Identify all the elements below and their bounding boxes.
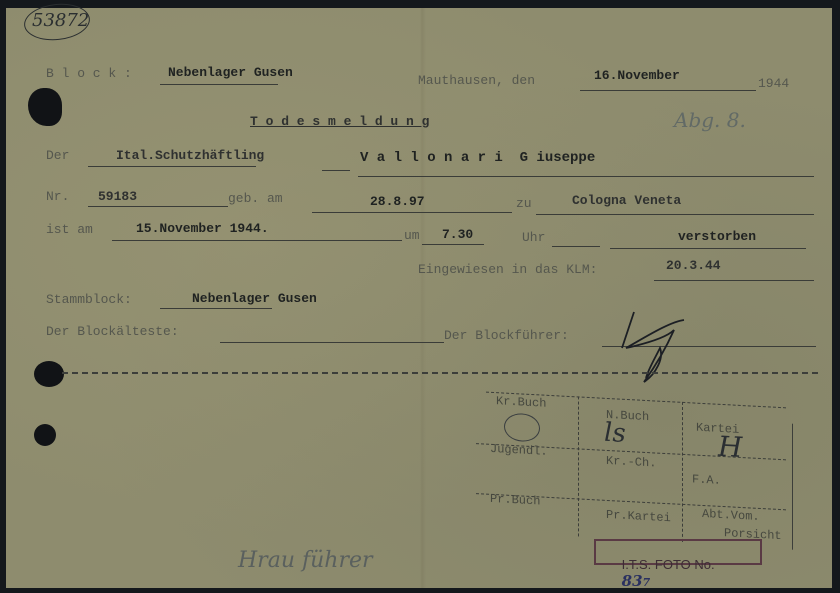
label-uhr: Uhr xyxy=(522,230,545,245)
label-blockfuehrer: Der Blockführer: xyxy=(444,328,569,343)
name-underline-b xyxy=(358,176,814,177)
prisoner-name: V a l l o n a r i G iuseppe xyxy=(360,150,595,166)
label-um: um xyxy=(404,228,420,243)
archive-number: 53872 xyxy=(32,10,89,31)
birth-place-underline xyxy=(536,214,814,215)
stammblock-value: Nebenlager Gusen xyxy=(192,291,317,306)
its-foto-suffix: 7 xyxy=(643,576,651,589)
punch-hole-top xyxy=(28,88,62,126)
label-stammblock: Stammblock: xyxy=(46,292,132,307)
label-geb-am: geb. am xyxy=(228,191,283,206)
admission-underline xyxy=(654,280,814,281)
death-report-card: 53872 B l o c k : Nebenlager Gusen Mauth… xyxy=(6,8,832,588)
its-foto-stamp: I.T.S. FOTO No. 837 xyxy=(594,539,762,565)
death-date-underline xyxy=(112,240,402,241)
stamp-cell-fa: F.A. xyxy=(692,472,721,488)
stamp-cell-kr-buch: Kr.Buch xyxy=(496,394,546,411)
name-underline-a xyxy=(322,170,350,171)
prisoner-category: Ital.Schutzhäftling xyxy=(116,148,264,163)
prisoner-number: 59183 xyxy=(98,189,137,204)
label-der: Der xyxy=(46,148,69,163)
stamp-cell-pr-kartei: Pr.Kartei xyxy=(606,508,671,525)
punch-hole-middle xyxy=(34,361,64,387)
stamp-cell-abt-vom: Abt.Vom. xyxy=(702,507,760,524)
death-time: 7.30 xyxy=(442,227,473,242)
block-value: Nebenlager Gusen xyxy=(168,65,293,80)
label-ist-am: ist am xyxy=(46,222,93,237)
stamp-cell-pr-buch: Pr.Buch xyxy=(490,492,540,509)
stamp-cell-kr-ch: Kr.-Ch. xyxy=(606,454,656,471)
birth-date: 28.8.97 xyxy=(370,194,425,209)
scan-frame: 53872 B l o c k : Nebenlager Gusen Mauth… xyxy=(0,0,840,593)
status-underline xyxy=(610,248,806,249)
birth-place: Cologna Veneta xyxy=(572,193,681,208)
death-status: verstorben xyxy=(678,229,756,244)
label-nr: Nr. xyxy=(46,189,69,204)
date-underline xyxy=(580,90,756,91)
stamp-cell-jugendl: Jugendl. xyxy=(490,442,548,459)
date-value: 16.November xyxy=(594,68,680,83)
stamp-mark-kartei: H xyxy=(718,430,742,464)
birth-date-underline xyxy=(312,212,512,213)
perforation-line xyxy=(62,372,818,374)
handwritten-note-abg: Abg. 8. xyxy=(674,108,746,132)
punch-hole-bottom xyxy=(34,424,56,446)
stamp-mark-n-buch: ls xyxy=(604,418,626,449)
handwritten-bottom-note: Hrau führer xyxy=(238,548,373,573)
label-eingewiesen: Eingewiesen in das KLM: xyxy=(418,262,597,277)
its-foto-number: 83 xyxy=(622,572,643,590)
uhr-underline xyxy=(552,246,600,247)
label-blockaelteste: Der Blockälteste: xyxy=(46,324,179,339)
blockaelteste-signature-line xyxy=(220,342,444,343)
form-title: T o d e s m e l d u n g xyxy=(250,114,429,129)
its-foto-label: I.T.S. FOTO No. xyxy=(622,557,715,572)
year-value: 1944 xyxy=(758,76,789,91)
blockfuehrer-signature xyxy=(614,308,704,388)
admission-date: 20.3.44 xyxy=(666,258,721,273)
category-underline xyxy=(88,166,256,167)
time-underline xyxy=(422,244,484,245)
block-underline xyxy=(160,84,278,85)
death-date: 15.November 1944. xyxy=(136,221,269,236)
stamp-pencil-circle xyxy=(504,413,540,443)
place-date-label: Mauthausen, den xyxy=(418,73,535,88)
number-underline xyxy=(88,206,228,207)
label-zu: zu xyxy=(516,196,532,211)
stammblock-underline xyxy=(160,308,272,309)
block-label: B l o c k : xyxy=(46,66,132,81)
